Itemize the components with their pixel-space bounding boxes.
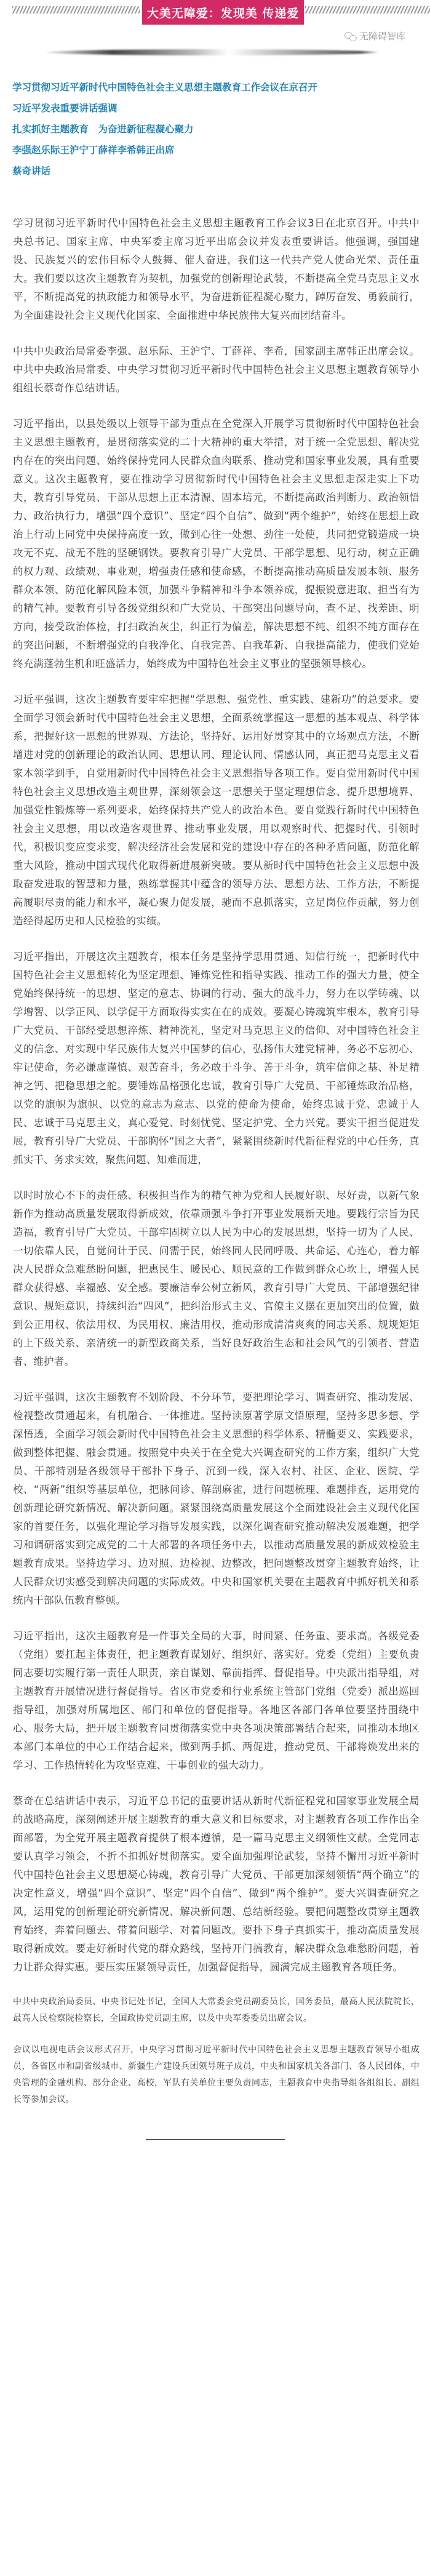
headline-main: 学习贯彻习近平新时代中国特色社会主义思想主题教育工作会议在京召开	[12, 81, 418, 94]
headline-sub-2: 扎实抓好主题教育 为奋进新征程凝心聚力	[12, 123, 418, 135]
shadow-divider	[46, 49, 378, 55]
source-name: 无障碍智库	[359, 30, 405, 42]
hatch-decoration-left	[12, 6, 140, 14]
end-divider-wrap	[0, 2123, 430, 2198]
source-watermark: 无障碍智库	[344, 30, 405, 42]
paragraph: 习近平强调，这次主题教育不划阶段、不分环节，要把理论学习、调查研究、推动发展、检…	[13, 1388, 420, 1610]
headline-block: 学习贯彻习近平新时代中国特色社会主义思想主题教育工作会议在京召开 习近平发表重要…	[0, 55, 430, 177]
closing-paragraph: 中共中央政治局委员、中央书记处书记，全国人大常委会党员副委员长，国务委员，最高人…	[13, 1994, 420, 2027]
headline-sub-3: 李强赵乐际王沪宁丁薛祥李希韩正出席	[12, 144, 418, 156]
banner-title: 大美无障爱：发现美 传递爱	[142, 0, 304, 25]
article-body: 学习贯彻习近平新时代中国特色社会主义思想主题教育工作会议3日在北京召开。中共中央…	[0, 186, 430, 2108]
paragraph: 习近平指出，开展这次主题教育，根本任务是坚持学思用贯通、知信行统一，把新时代中国…	[13, 948, 420, 1169]
article-page: 大美无障爱：发现美 传递爱 无障碍智库 学习贯彻习近平新时代中国特色社会主义思想…	[0, 0, 430, 2198]
paragraph: 中共中央政治局常委李强、赵乐际、王沪宁、丁薛祥、李希，国家副主席韩正出席会议。中…	[13, 342, 420, 398]
paragraph: 蔡奇在总结讲话中表示，习近平总书记的重要讲话从新时代新征程党和国家事业发展全局的…	[13, 1792, 420, 1977]
paragraph: 学习贯彻习近平新时代中国特色社会主义思想主题教育工作会议3日在北京召开。中共中央…	[13, 214, 420, 325]
paragraph: 习近平指出，这次主题教育是一件事关全局的大事，时间紧、任务重、要求高。各级党委（…	[13, 1627, 420, 1775]
paragraph: 以时时放心不下的责任感、积极担当作为的精气神为党和人民履好职、尽好责，以新气象新…	[13, 1186, 420, 1371]
headline-sub-4: 蔡奇讲话	[12, 165, 418, 177]
wechat-icon	[344, 32, 357, 41]
headline-sub-1: 习近平发表重要讲话强调	[12, 102, 418, 114]
header-banner-row: 大美无障爱：发现美 传递爱	[0, 0, 430, 27]
paragraph: 习近平指出，以县处级以上领导干部为重点在全党深入开展学习贯彻新时代中国特色社会主…	[13, 415, 420, 673]
paragraph: 习近平强调，这次主题教育要牢牢把握“学思想、强党性、重实践、建新功”的总要求。要…	[13, 690, 420, 930]
source-row: 无障碍智库	[0, 27, 430, 49]
closing-paragraph: 会议以电视电话会议形式召开，中央学习贯彻习近平新时代中国特色社会主义思想主题教育…	[13, 2042, 420, 2108]
end-divider	[146, 2139, 285, 2140]
hatch-decoration-right	[305, 6, 430, 14]
